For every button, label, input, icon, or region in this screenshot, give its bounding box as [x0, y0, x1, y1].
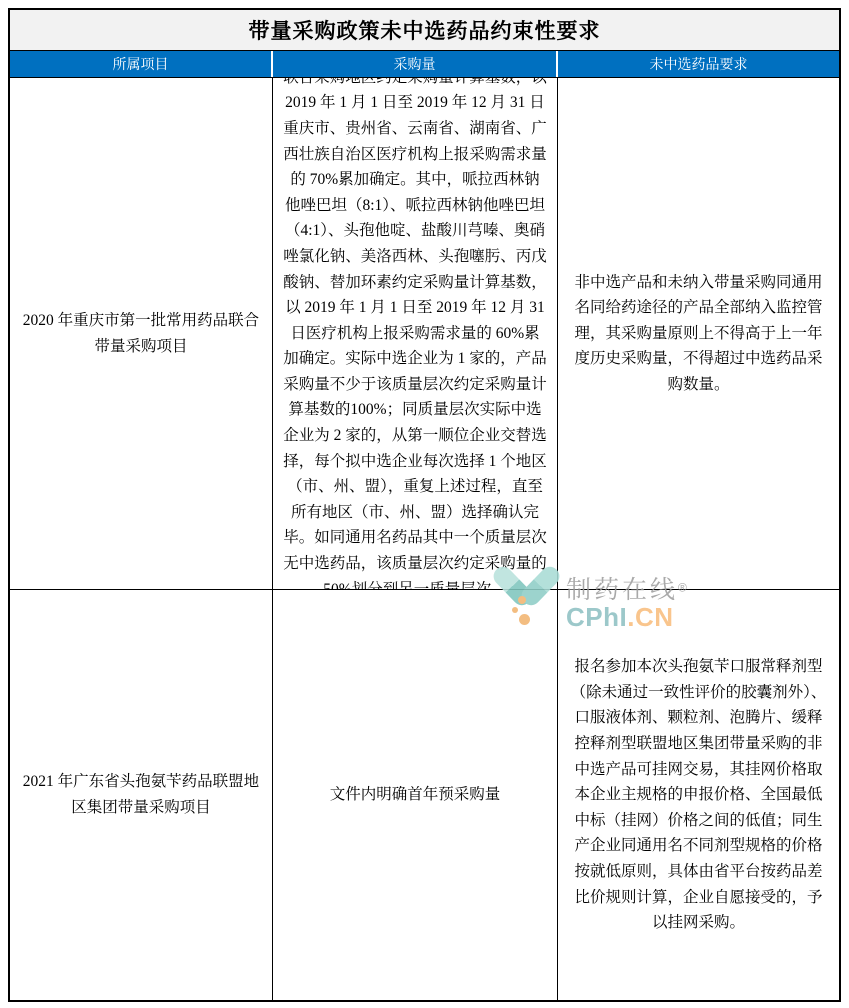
- table-row-2-cell-requirement: 报名参加本次头孢氨苄口服常释剂型（除未通过一致性评价的胶囊剂外）、口服液体剂、颗…: [558, 590, 839, 1000]
- table-row-2-cell-project: 2021 年广东省头孢氨苄药品联盟地区集团带量采购项目: [10, 590, 273, 1000]
- row-2-project-text: 2021 年广东省头孢氨苄药品联盟地区集团带量采购项目: [20, 769, 262, 820]
- table-row-1-cell-project: 2020 年重庆市第一批常用药品联合带量采购项目: [10, 78, 273, 590]
- table-header-row: 所属项目 采购量 未中选药品要求: [10, 51, 839, 78]
- row-2-volume-text: 文件内明确首年预采购量: [283, 782, 547, 808]
- row-1-volume-text: 联合采购地区约定采购量计算基数，以 2019 年 1 月 1 日至 2019 年…: [283, 78, 547, 590]
- table-row-1-cell-requirement: 非中选产品和未纳入带量采购同通用名同给药途径的产品全部纳入监控管理，其采购量原则…: [558, 78, 839, 590]
- policy-table: 带量采购政策未中选药品约束性要求 所属项目 采购量 未中选药品要求 2020 年…: [8, 8, 841, 1002]
- table-body: 2020 年重庆市第一批常用药品联合带量采购项目 联合采购地区约定采购量计算基数…: [10, 78, 839, 1000]
- header-project: 所属项目: [10, 51, 273, 77]
- table-title-text: 带量采购政策未中选药品约束性要求: [249, 15, 601, 45]
- row-1-requirement-text: 非中选产品和未纳入带量采购同通用名同给药途径的产品全部纳入监控管理，其采购量原则…: [568, 270, 829, 398]
- table-row-1-cell-volume: 联合采购地区约定采购量计算基数，以 2019 年 1 月 1 日至 2019 年…: [273, 78, 558, 590]
- table-row-2-cell-volume: 文件内明确首年预采购量: [273, 590, 558, 1000]
- row-1-project-text: 2020 年重庆市第一批常用药品联合带量采购项目: [20, 308, 262, 359]
- table-title: 带量采购政策未中选药品约束性要求: [10, 10, 839, 51]
- header-requirement: 未中选药品要求: [558, 51, 839, 77]
- header-volume: 采购量: [273, 51, 558, 77]
- row-2-requirement-text: 报名参加本次头孢氨苄口服常释剂型（除未通过一致性评价的胶囊剂外）、口服液体剂、颗…: [568, 654, 829, 936]
